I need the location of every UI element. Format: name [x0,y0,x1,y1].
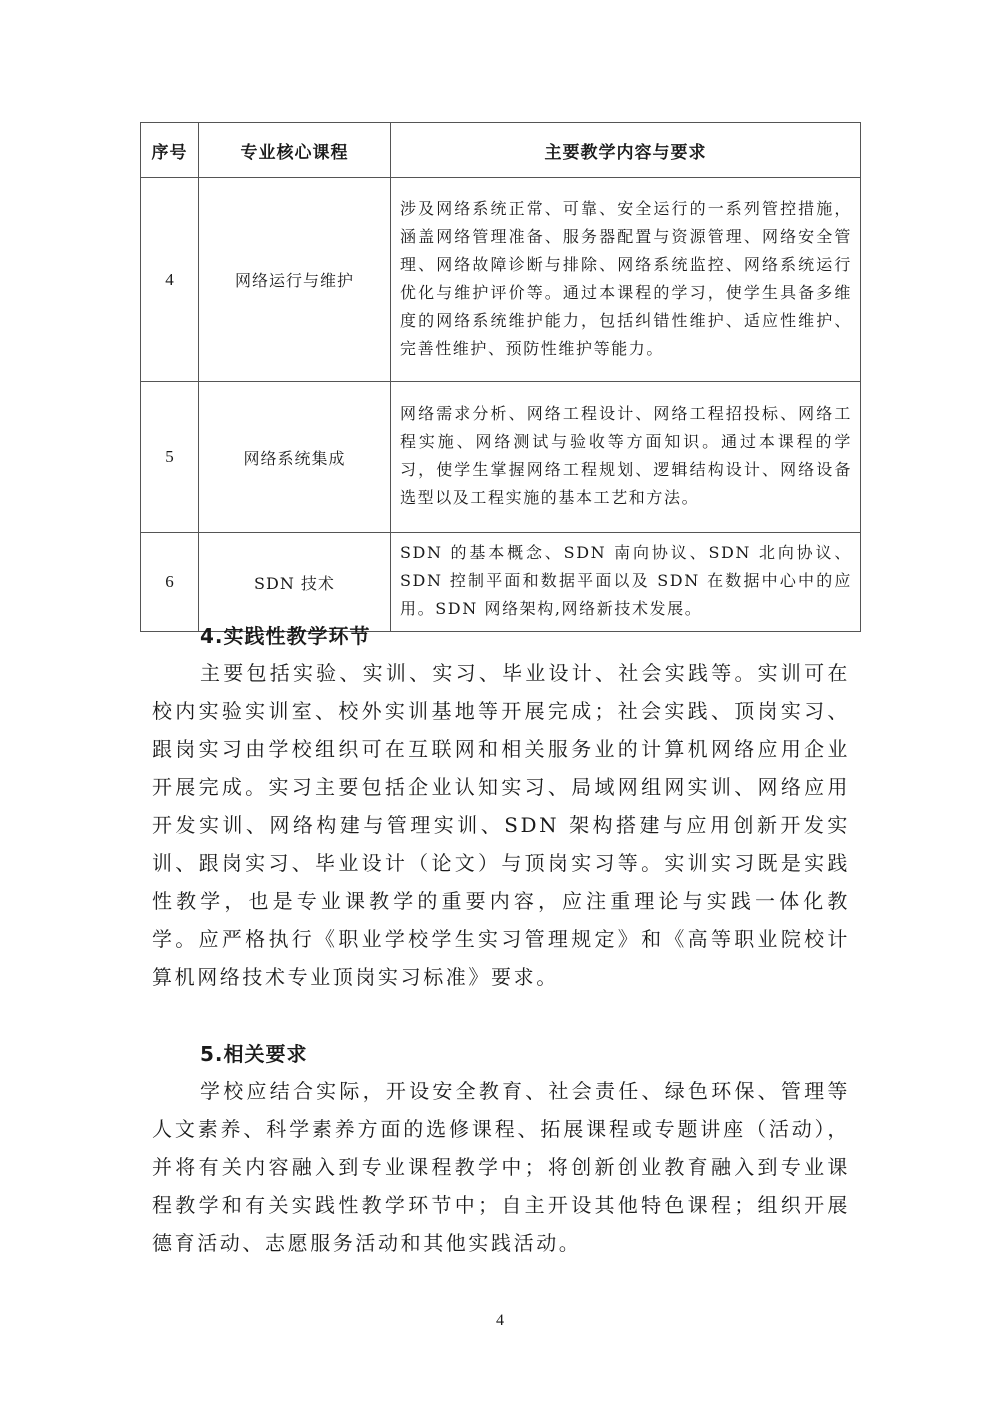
course-content: SDN 的基本概念、SDN 南向协议、SDN 北向协议、SDN 控制平面和数据平… [391,533,861,632]
course-content: 涉及网络系统正常、可靠、安全运行的一系列管控措施，涵盖网络管理准备、服务器配置与… [391,178,861,382]
course-name: 网络系统集成 [199,382,391,533]
page-number: 4 [490,1312,510,1330]
table-header-row: 序号 专业核心课程 主要教学内容与要求 [141,123,861,178]
core-courses-table: 序号 专业核心课程 主要教学内容与要求 4 网络运行与维护 涉及网络系统正常、可… [140,122,861,632]
section-heading-practical-teaching: 4.实践性教学环节 [200,620,371,649]
course-name: 网络运行与维护 [199,178,391,382]
header-content-requirements: 主要教学内容与要求 [391,123,861,178]
row-number: 5 [141,382,199,533]
course-name: SDN 技术 [199,533,391,632]
document-page: 序号 专业核心课程 主要教学内容与要求 4 网络运行与维护 涉及网络系统正常、可… [0,0,1000,1414]
header-core-course: 专业核心课程 [199,123,391,178]
row-number: 6 [141,533,199,632]
section-body-practical-teaching: 主要包括实验、实训、实习、毕业设计、社会实践等。实训可在校内实验实训室、校外实训… [152,654,850,996]
header-serial-number: 序号 [141,123,199,178]
table-row: 4 网络运行与维护 涉及网络系统正常、可靠、安全运行的一系列管控措施，涵盖网络管… [141,178,861,382]
section-heading-related-requirements: 5.相关要求 [200,1038,308,1067]
row-number: 4 [141,178,199,382]
section-body-related-requirements: 学校应结合实际，开设安全教育、社会责任、绿色环保、管理等人文素养、科学素养方面的… [152,1072,850,1262]
table-row: 5 网络系统集成 网络需求分析、网络工程设计、网络工程招投标、网络工程实施、网络… [141,382,861,533]
table-row: 6 SDN 技术 SDN 的基本概念、SDN 南向协议、SDN 北向协议、SDN… [141,533,861,632]
course-content: 网络需求分析、网络工程设计、网络工程招投标、网络工程实施、网络测试与验收等方面知… [391,382,861,533]
